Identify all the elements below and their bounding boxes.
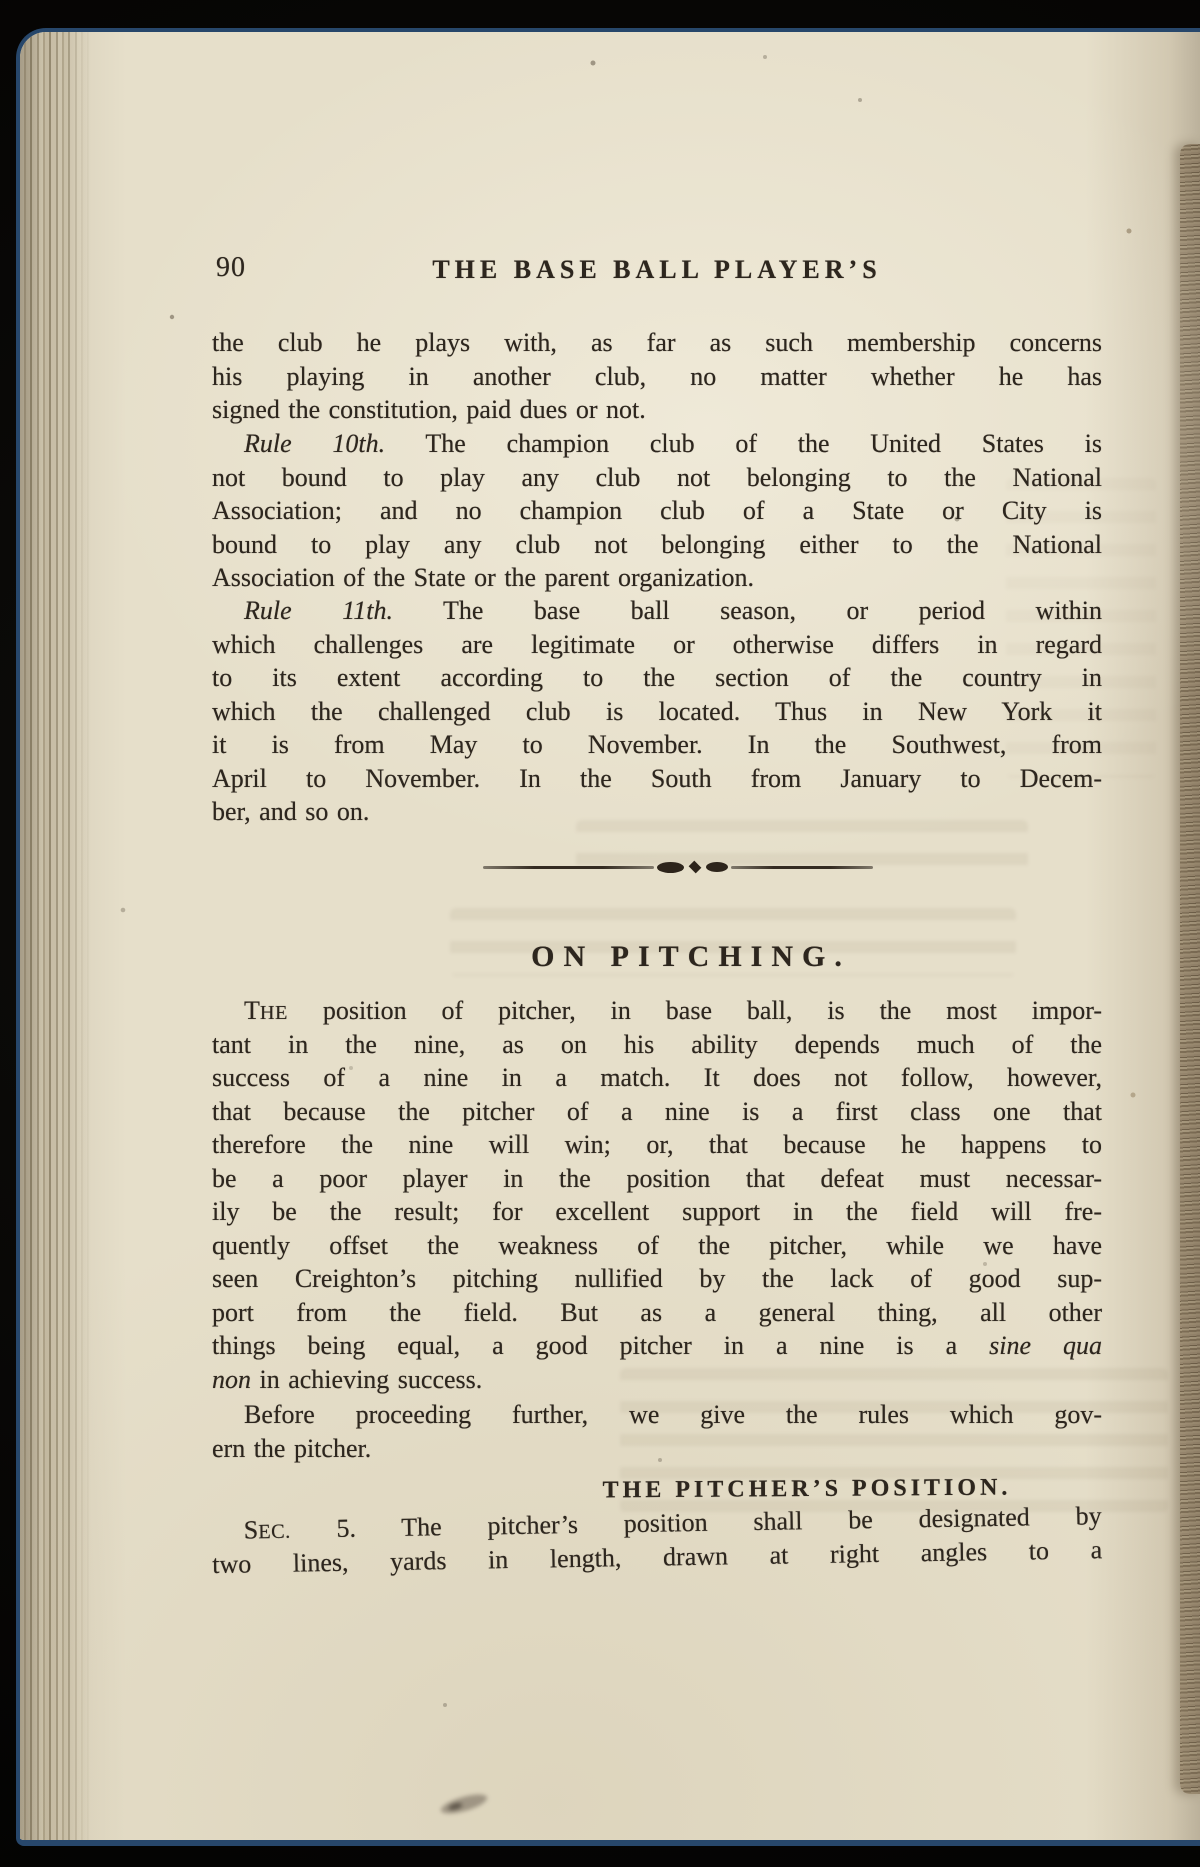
text-line: ber, and so on.	[212, 795, 1102, 829]
paragraph-rules-note: Before proceeding further, we give the r…	[212, 1398, 1102, 1465]
text-line: quently offset the weakness of the pitch…	[212, 1229, 1102, 1263]
page-content: 90 THE BASE BALL PLAYER’S the club he pl…	[0, 0, 1200, 1867]
text-line: not bound to play any club not belonging…	[212, 461, 1102, 495]
paragraph-opening: the club he plays with, as far as such m…	[212, 326, 1102, 427]
text-line: Before proceeding further, we give the r…	[212, 1398, 1102, 1432]
text-line: which the challenged club is located. Th…	[212, 695, 1102, 729]
text-line: April to November. In the South from Jan…	[212, 762, 1102, 796]
text-column: the club he plays with, as far as such m…	[212, 0, 1102, 1867]
text-line: tant in the nine, as on his ability depe…	[212, 1028, 1102, 1062]
text-line: THE position of pitcher, in base ball, i…	[212, 994, 1102, 1028]
text-line: non in achieving success.	[212, 1363, 1102, 1397]
sub-heading: THE PITCHER’S POSITION.	[362, 1473, 1200, 1506]
paragraph-sec5: SEC. 5. The pitcher’s position shall be …	[211, 1499, 1102, 1581]
paragraph-rule11: Rule 11th. The base ball season, or peri…	[212, 594, 1102, 829]
text-line: bound to play any club not belonging eit…	[212, 528, 1102, 562]
text-line: seen Creighton’s pitching nullified by t…	[212, 1262, 1102, 1296]
text-line: to its extent according to the section o…	[212, 661, 1102, 695]
scan-background: 90 THE BASE BALL PLAYER’S the club he pl…	[0, 0, 1200, 1867]
text-line: which challenges are legitimate or other…	[212, 628, 1102, 662]
divider-rule-left	[483, 866, 654, 869]
text-line: it is from May to November. In the South…	[212, 728, 1102, 762]
divider-lozenge-icon	[706, 862, 728, 872]
text-line: Rule 11th. The base ball season, or peri…	[212, 594, 1102, 628]
section-divider	[483, 858, 873, 876]
text-line: ily be the result; for excellent support…	[212, 1195, 1102, 1229]
section-heading: ON PITCHING.	[246, 940, 1136, 974]
text-line: Association; and no champion club of a S…	[212, 494, 1102, 528]
text-line: the club he plays with, as far as such m…	[212, 326, 1102, 360]
text-line: port from the field. But as a general th…	[212, 1296, 1102, 1330]
divider-rule-right	[731, 866, 873, 869]
text-line: therefore the nine will win; or, that be…	[212, 1128, 1102, 1162]
paragraph-pitching-intro: THE position of pitcher, in base ball, i…	[212, 994, 1102, 1396]
text-line: his playing in another club, no matter w…	[212, 360, 1102, 394]
text-line: success of a nine in a match. It does no…	[212, 1061, 1102, 1095]
text-line: Rule 10th. The champion club of the Unit…	[212, 427, 1102, 461]
paragraph-rule10: Rule 10th. The champion club of the Unit…	[212, 427, 1102, 595]
text-line: things being equal, a good pitcher in a …	[212, 1329, 1102, 1363]
text-line: that because the pitcher of a nine is a …	[212, 1095, 1102, 1129]
text-line: Association of the State or the parent o…	[212, 561, 1102, 595]
divider-diamond-icon	[688, 861, 701, 874]
text-line: be a poor player in the position that de…	[212, 1162, 1102, 1196]
text-line: signed the constitution, paid dues or no…	[212, 393, 1102, 427]
divider-lozenge-icon	[657, 862, 684, 873]
text-line: ern the pitcher.	[212, 1432, 1102, 1466]
